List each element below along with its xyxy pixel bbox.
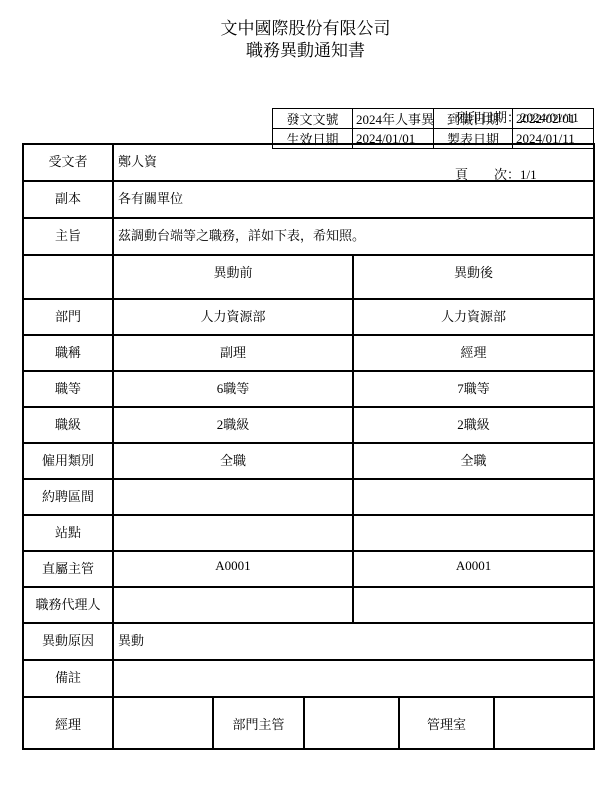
main-form: 受文者 鄭人資 副本 各有關單位 主旨 茲調動台端等之職務，詳如下表，希知照。 … xyxy=(22,143,593,750)
signature-row: 經理 部門主管 管理室 xyxy=(23,697,594,749)
deputy-after xyxy=(353,587,594,623)
table-row: 主旨 茲調動台端等之職務，詳如下表，希知照。 xyxy=(23,218,594,255)
info-row: 發文文號 2024年人事異 到職日期 2022/02/01 xyxy=(273,109,594,129)
deputy-label: 職務代理人 xyxy=(23,587,113,623)
employment-type-label: 僱用類別 xyxy=(23,443,113,479)
deputy-before xyxy=(113,587,353,623)
department-head-label: 部門主管 xyxy=(213,697,304,749)
remarks-label: 備註 xyxy=(23,660,113,697)
subject-label: 主旨 xyxy=(23,218,113,255)
admin-office-label: 管理室 xyxy=(399,697,494,749)
compare-header-row: 異動前 異動後 xyxy=(23,255,594,299)
change-reason-label: 異動原因 xyxy=(23,623,113,660)
manager-label: 經理 xyxy=(23,697,113,749)
table-row: 受文者 鄭人資 xyxy=(23,144,594,181)
job-level-after: 2職級 xyxy=(353,407,594,443)
direct-supervisor-after: A0001 xyxy=(353,551,594,587)
cc-label: 副本 xyxy=(23,181,113,218)
job-change-table: 受文者 鄭人資 副本 各有關單位 主旨 茲調動台端等之職務，詳如下表，希知照。 … xyxy=(22,143,595,698)
department-after: 人力資源部 xyxy=(353,299,594,335)
site-before xyxy=(113,515,353,551)
department-head-signature-cell xyxy=(304,697,399,749)
table-row: 約聘區間 xyxy=(23,479,594,515)
table-row: 站點 xyxy=(23,515,594,551)
site-after xyxy=(353,515,594,551)
job-title-after: 經理 xyxy=(353,335,594,371)
contract-period-before xyxy=(113,479,353,515)
remarks-value xyxy=(113,660,594,697)
recipient-value: 鄭人資 xyxy=(113,144,594,181)
job-grade-after: 7職等 xyxy=(353,371,594,407)
admin-office-signature-cell xyxy=(494,697,594,749)
table-row: 職務代理人 xyxy=(23,587,594,623)
subject-value: 茲調動台端等之職務，詳如下表，希知照。 xyxy=(113,218,594,255)
dispatch-number-value: 2024年人事異 xyxy=(353,109,434,129)
contract-period-label: 約聘區間 xyxy=(23,479,113,515)
table-row: 直屬主管 A0001 A0001 xyxy=(23,551,594,587)
table-row: 職稱 副理 經理 xyxy=(23,335,594,371)
job-title-before: 副理 xyxy=(113,335,353,371)
job-title-label: 職稱 xyxy=(23,335,113,371)
compare-header-empty xyxy=(23,255,113,299)
table-row: 副本 各有關單位 xyxy=(23,181,594,218)
job-level-before: 2職級 xyxy=(113,407,353,443)
job-grade-label: 職等 xyxy=(23,371,113,407)
before-change-header: 異動前 xyxy=(113,255,353,299)
employment-type-before: 全職 xyxy=(113,443,353,479)
dispatch-number-label: 發文文號 xyxy=(273,109,353,129)
document-title: 職務異動通知書 xyxy=(0,36,611,61)
direct-supervisor-before: A0001 xyxy=(113,551,353,587)
document-page: 文中國際股份有限公司 職務異動通知書 列印日期：2024/01/11 頁 次：1… xyxy=(0,0,611,785)
recipient-label: 受文者 xyxy=(23,144,113,181)
change-reason-value: 異動 xyxy=(113,623,594,660)
job-grade-before: 6職等 xyxy=(113,371,353,407)
department-label: 部門 xyxy=(23,299,113,335)
direct-supervisor-label: 直屬主管 xyxy=(23,551,113,587)
contract-period-after xyxy=(353,479,594,515)
onboard-date-label: 到職日期 xyxy=(434,109,513,129)
signature-table: 經理 部門主管 管理室 xyxy=(22,696,595,750)
table-row: 職級 2職級 2職級 xyxy=(23,407,594,443)
manager-signature-cell xyxy=(113,697,213,749)
table-row: 部門 人力資源部 人力資源部 xyxy=(23,299,594,335)
department-before: 人力資源部 xyxy=(113,299,353,335)
job-level-label: 職級 xyxy=(23,407,113,443)
after-change-header: 異動後 xyxy=(353,255,594,299)
site-label: 站點 xyxy=(23,515,113,551)
table-row: 僱用類別 全職 全職 xyxy=(23,443,594,479)
table-row: 備註 xyxy=(23,660,594,697)
table-row: 職等 6職等 7職等 xyxy=(23,371,594,407)
table-row: 異動原因 異動 xyxy=(23,623,594,660)
onboard-date-value: 2022/02/01 xyxy=(513,109,594,129)
cc-value: 各有關單位 xyxy=(113,181,594,218)
employment-type-after: 全職 xyxy=(353,443,594,479)
